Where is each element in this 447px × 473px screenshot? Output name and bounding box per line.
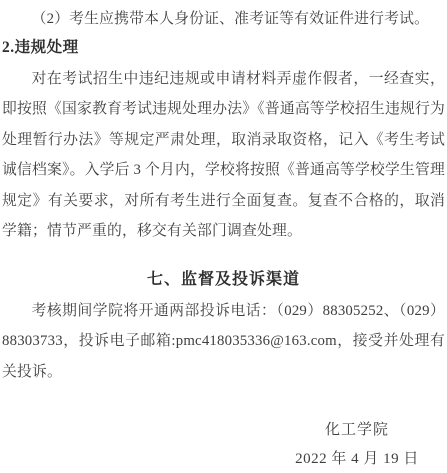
heading-violation-handling: 2.违规处理 — [2, 33, 79, 63]
signature-block: 化工学院 2022 年 4 月 19 日 — [277, 416, 437, 473]
signature-date: 2022 年 4 月 19 日 — [277, 445, 437, 473]
signature-organization: 化工学院 — [277, 416, 437, 445]
paragraph-violation-handling: 对在考试招生中违纪违规或申请材料弄虚作假者，一经查实，即按照《国家教育考试违规处… — [2, 64, 445, 246]
paragraph-exam-id-requirement: （2）考生应携带本人身份证、准考证等有效证件进行考试。 — [2, 4, 445, 34]
document-page: （2）考生应携带本人身份证、准考证等有效证件进行考试。 2.违规处理 对在考试招… — [0, 0, 447, 473]
paragraph-complaint-contacts: 考核期间学院将开通两部投诉电话：（029）88305252、（029）88303… — [2, 296, 445, 387]
heading-supervision-complaint-channel: 七、监督及投诉渠道 — [0, 265, 447, 295]
